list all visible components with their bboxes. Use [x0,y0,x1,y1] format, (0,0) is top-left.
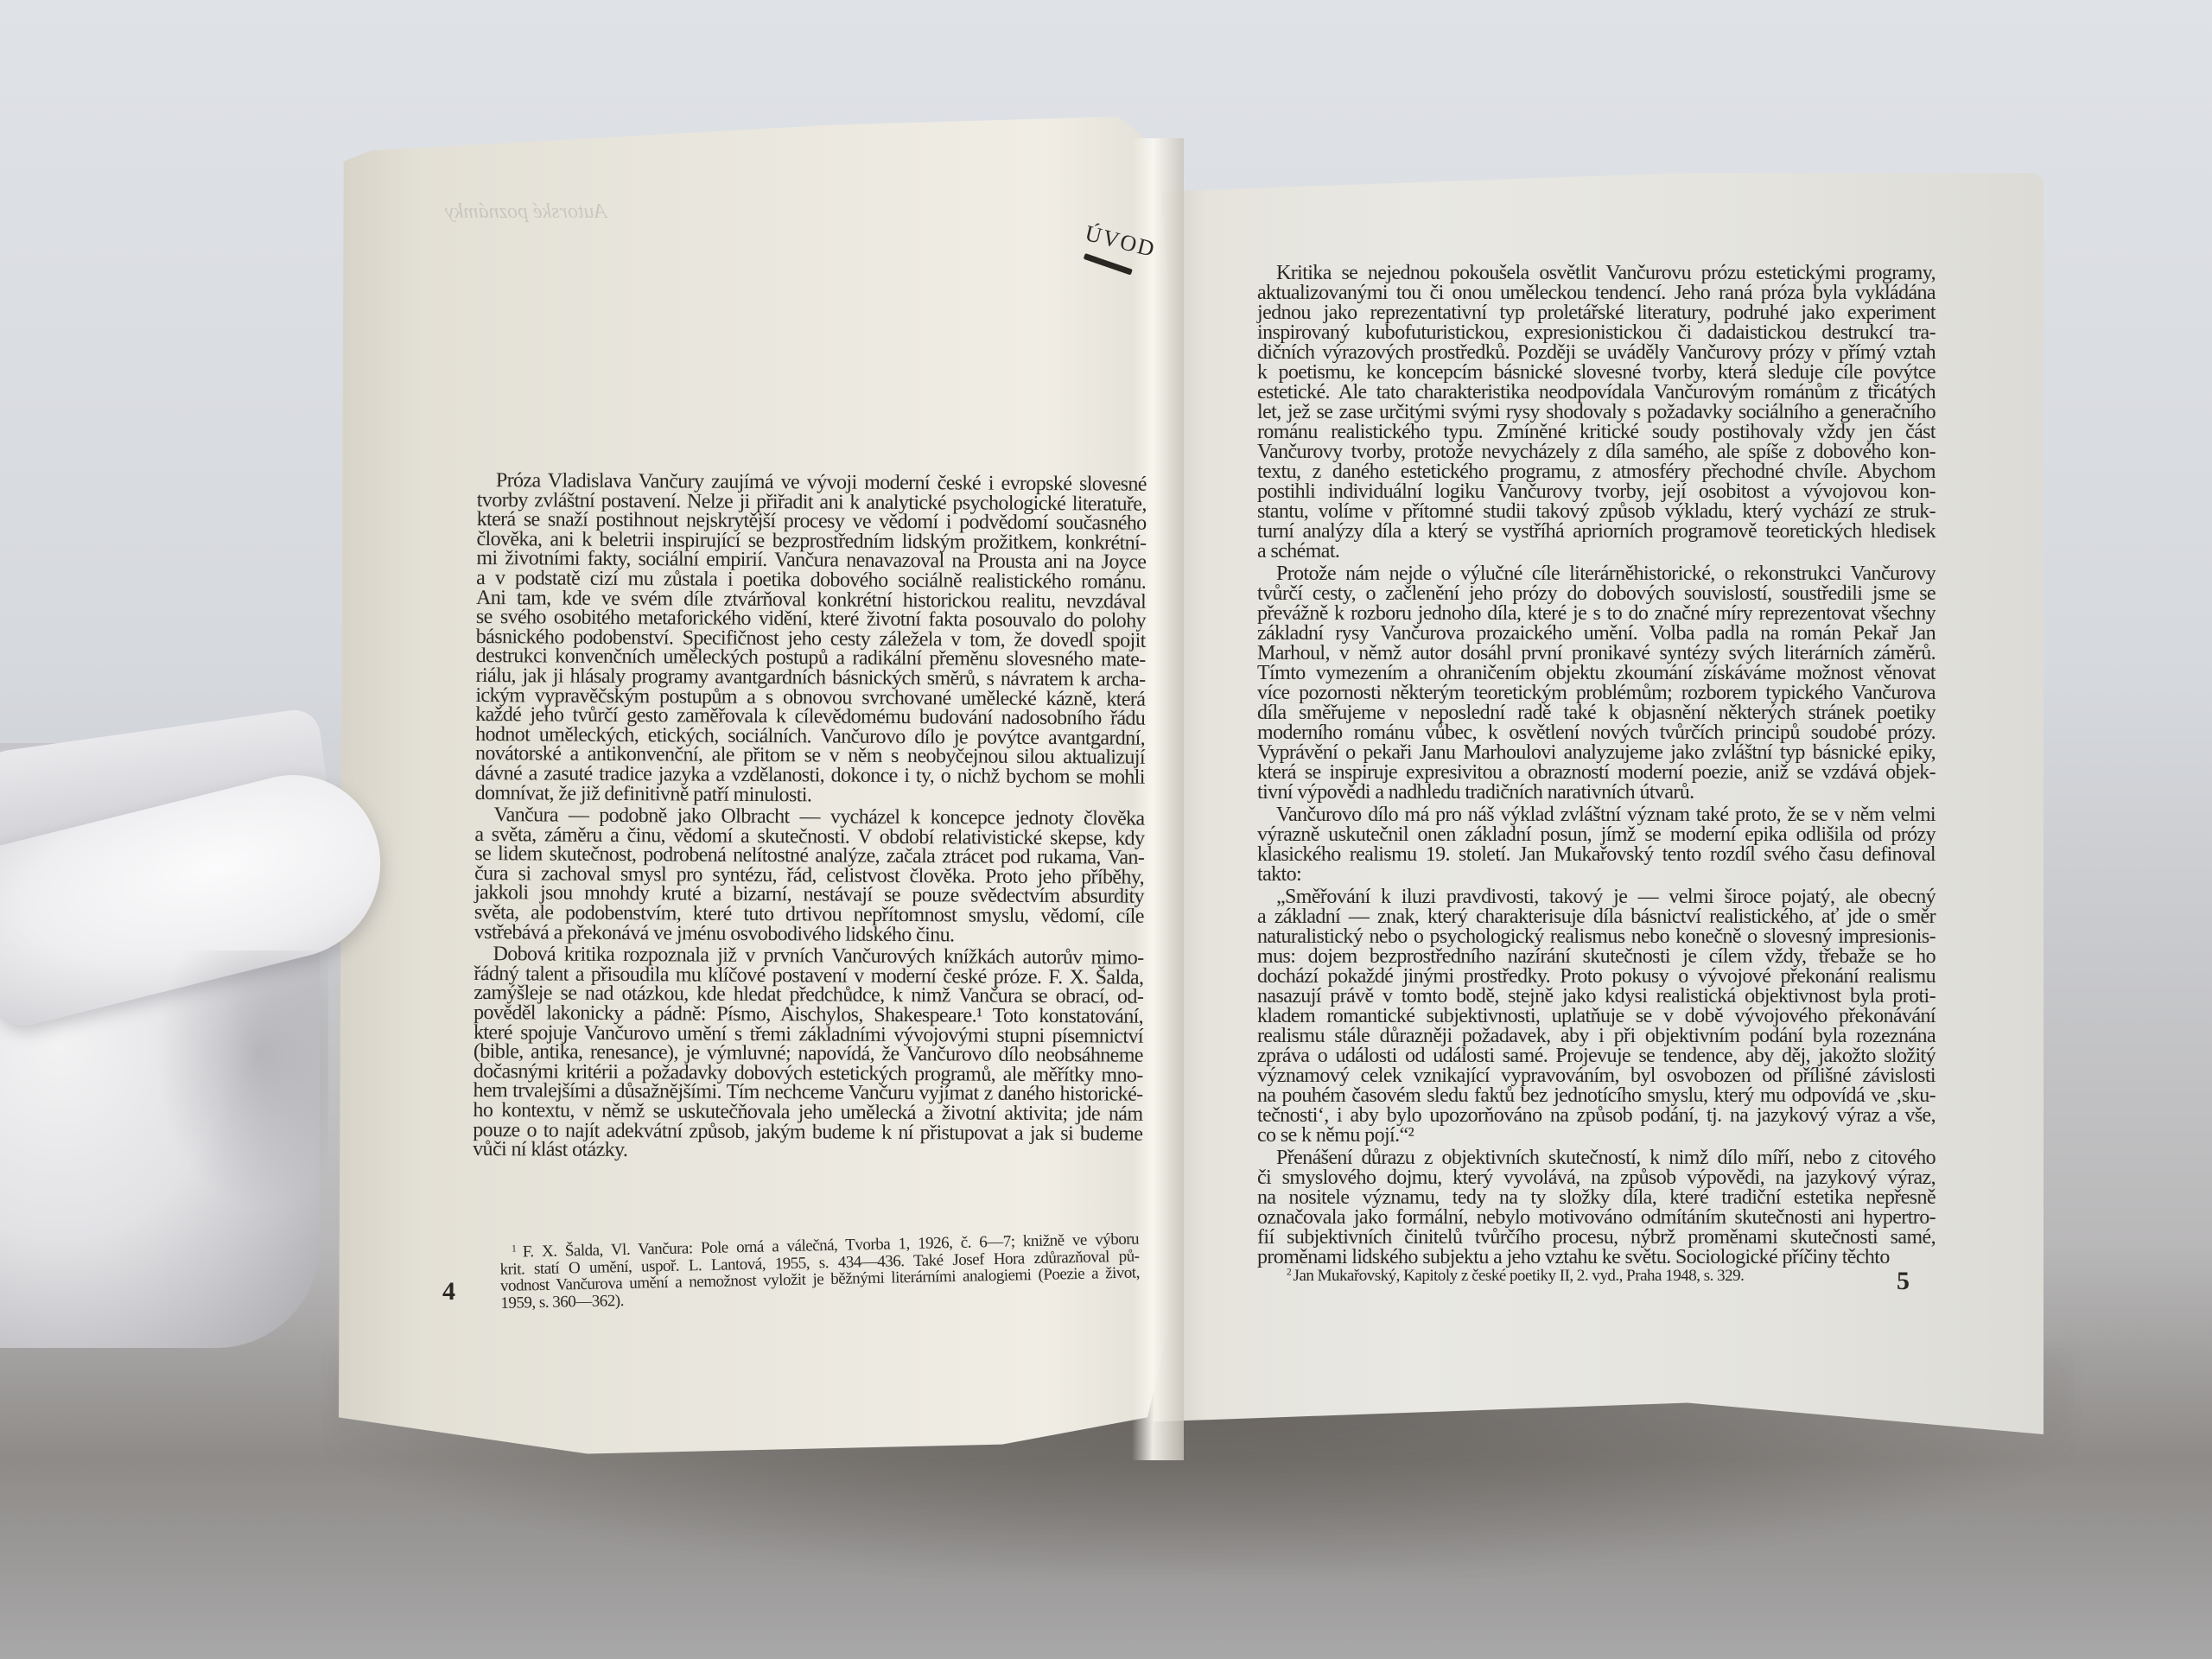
text-line: díla směřujeme v neposlední radě také k … [1257,703,1935,723]
footnote-marker: 2 [1287,1268,1294,1278]
text-line: k poetismu, ke koncepcím básnické sloves… [1257,363,1935,383]
paragraph: Protože nám nejde o výlučné cíle literár… [1257,564,1935,803]
text-line: stantu, volíme v přítomné studii takový … [1257,502,1935,522]
paragraph: Dobová kritika rozpoznala již v prvních … [473,944,1144,1163]
text-line: Tímto vymezením a ohraničením objektu zk… [1257,664,1935,683]
text-line: let, jež se zase určitými svými rysy sho… [1257,403,1935,423]
text-line: takto: [1257,865,1935,885]
paragraph: Vančurovo dílo má pro náš výklad zvláštn… [1257,805,1935,885]
text-line: co se k němu pojí.“² [1257,1126,1935,1146]
text-line: a schémat. [1257,542,1935,562]
paragraph: Kritika se nejednou pokoušela osvětlit V… [1257,264,1935,562]
text-line: na pouhém časovém sledu faktů bez jednot… [1257,1086,1935,1106]
text-line: proměnami lidského subjektu a jeho vztah… [1257,1248,1935,1268]
footnote-text: 1959, s. 360—362). [500,1292,624,1313]
right-footnote: 2 Jan Mukařovský, Kapitoly z české poeti… [1274,1268,1897,1285]
text-line: převážně k rozboru jednoho díla, které j… [1257,604,1935,624]
paragraph: Próza Vladislava Vančury zaujímá ve vývo… [475,471,1147,807]
quotation: „Směřování k iluzi pravdivosti, takový j… [1257,887,1935,1146]
show-through-header: Autorské poznámky [445,200,607,224]
text-line: Vančurovy tvorby, protože nevycházely z … [1257,442,1935,462]
text-line: klasického realismu 19. století. Jan Muk… [1257,845,1935,865]
text-line: moderního románu vůbec, k osvětlení nový… [1257,723,1935,743]
text-line: jednou jako reprezentativní typ proletář… [1257,303,1935,323]
text-line: na nositele významu, tedy na ty složky d… [1257,1188,1935,1208]
text-line: více pozornosti některým teoretickým pro… [1257,683,1935,703]
text-line: dičních výrazových prostředků. Později s… [1257,343,1935,363]
text-line: výrazně uskutečnil onen základní posun, … [1257,825,1935,845]
text-line: Marhoul, v němž autor dosáhl první proni… [1257,644,1935,664]
right-page-body: Kritika se nejednou pokoušela osvětlit V… [1257,261,1935,1268]
photo-scene: Autorské poznámky ÚVOD Próza Vladislava … [0,0,2212,1659]
text-line: tečnosti‘, i aby bylo upozorňováno na zp… [1257,1106,1935,1126]
text-line: románu realistického typu. Zmíněné kriti… [1257,423,1935,442]
text-line: a základní — znak, který charakterisuje … [1257,907,1935,927]
text-line: fií subjektivních činitelů tvůrčího proc… [1257,1228,1935,1248]
text-line: inspirovaný kubofuturistickou, expresion… [1257,323,1935,343]
page-number-right: 5 [1897,1267,1910,1296]
paragraph: Vančura — podobně jako Olbracht — vycház… [474,805,1145,946]
text-line: označovala jako formální, nebylo motivov… [1257,1208,1935,1228]
text-line: textu, z daného estetického programu, z … [1257,462,1935,482]
left-page-body: Próza Vladislava Vančury zaujímá ve vývo… [473,468,1147,1164]
text-line: mus: dojem bezprostředního nazírání skut… [1257,947,1935,967]
text-line: Vyprávění o pekaři Janu Marhoulovi analy… [1257,743,1935,763]
text-line: turní analýzy díla a který se vystříhá a… [1257,522,1935,542]
text-line: významový celek vznikající vypravováním,… [1257,1066,1935,1086]
text-line: realismu stále důrazněji požadavek, aby … [1257,1027,1935,1046]
text-line: zpráva o události od události samé. Proj… [1257,1046,1935,1066]
text-line: Protože nám nejde o výlučné cíle literár… [1257,564,1935,584]
text-line: estetické. Ale tato charakteristika neod… [1257,383,1935,403]
paragraph: Přenášení důrazu z objektivních skutečno… [1257,1148,1935,1268]
text-line: „Směřování k iluzi pravdivosti, takový j… [1257,887,1935,907]
text-line: či smyslového dojmu, který vyvolává, na … [1257,1168,1935,1188]
left-footnote: 1 F. X. Šalda, Vl. Vančura: Pole orná a … [499,1231,1140,1312]
page-number-left: 4 [442,1277,455,1306]
footnote-marker: 1 [512,1243,523,1254]
text-line: Přenášení důrazu z objektivních skutečno… [1257,1148,1935,1168]
text-line: Vančurovo dílo má pro náš výklad zvláštn… [1257,805,1935,825]
footnote-text: Jan Mukařovský, Kapitoly z české poetiky… [1294,1267,1745,1285]
text-line: tvůrčí cesty, o začlenění jeho prózy do … [1257,584,1935,604]
text-line: aktualizovanými tou či onou uměleckou te… [1257,283,1935,303]
footnote-line: 2 Jan Mukařovský, Kapitoly z české poeti… [1274,1268,1897,1285]
text-line: kladem romantické subjektivnosti, uplatň… [1257,1007,1935,1027]
text-line: Kritika se nejednou pokoušela osvětlit V… [1257,264,1935,283]
text-line: základní rysy Vančurova prozaického uměn… [1257,624,1935,644]
white-glove-hand [0,709,406,1331]
text-line: nasazují právě v tomto bodě, stejně jako… [1257,987,1935,1007]
text-line: která se inspiruje expresivitou a obrazn… [1257,763,1935,783]
text-line: tivní výpovědi a nadhledu tradičních nar… [1257,783,1935,803]
glove-shadow [156,950,328,1210]
text-line: naturalistický nebo o psychologický real… [1257,927,1935,947]
text-line: postihli individuální logiku Vančurovy t… [1257,482,1935,502]
text-line: dochází pokaždé jinými prostředky. Proto… [1257,967,1935,987]
